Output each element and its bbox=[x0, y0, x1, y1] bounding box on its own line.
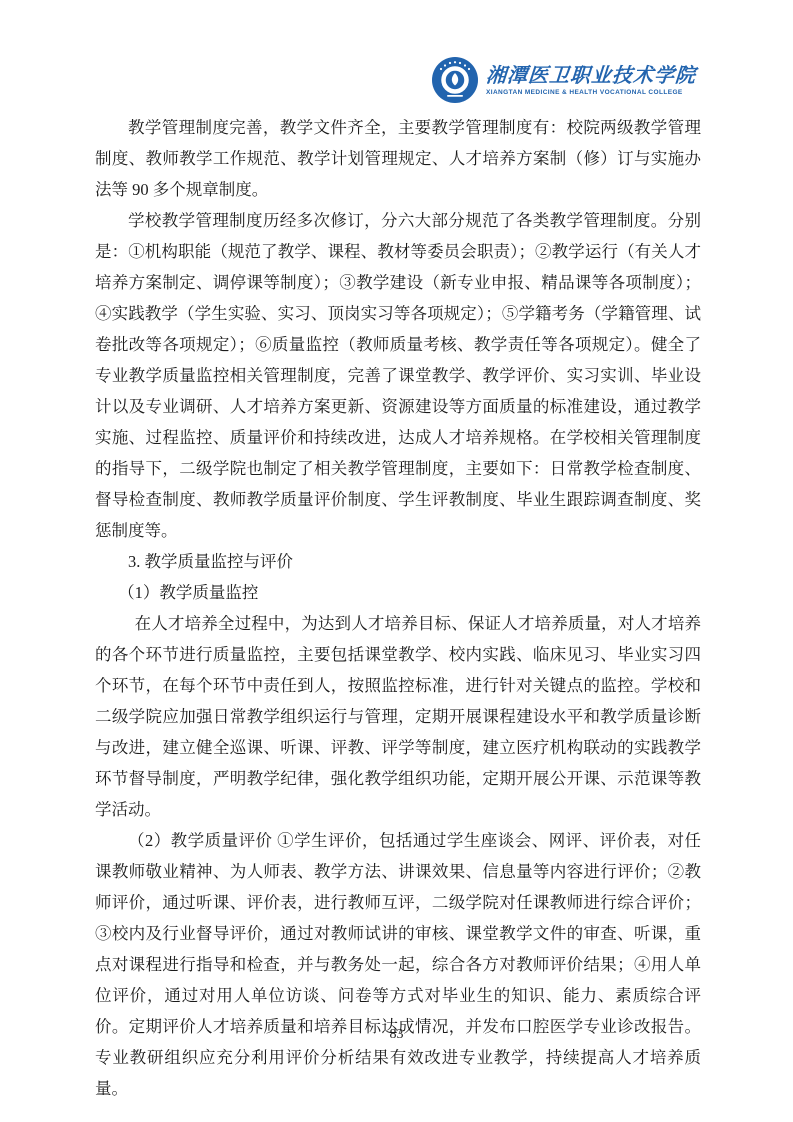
college-name-en: XIANGTAN MEDICINE & HEALTH VOCATIONAL CO… bbox=[486, 88, 696, 97]
subsection-heading-quality-monitoring: （1）教学质量监控 bbox=[95, 577, 701, 608]
section-heading-quality-monitoring: 3. 教学质量监控与评价 bbox=[95, 546, 701, 577]
page-number: 83 bbox=[0, 1026, 793, 1044]
document-body: 教学管理制度完善，教学文件齐全，主要教学管理制度有：校院两级教学管理制度、教师教… bbox=[95, 112, 701, 1104]
college-logo: 湘潭医卫职业技术学院 XIANGTAN MEDICINE & HEALTH VO… bbox=[431, 56, 696, 104]
paragraph-quality-evaluation: （2）教学质量评价 ①学生评价，包括通过学生座谈会、网评、评价表，对任课教师敬业… bbox=[95, 825, 701, 1104]
college-name-block: 湘潭医卫职业技术学院 XIANGTAN MEDICINE & HEALTH VO… bbox=[486, 64, 696, 97]
paragraph-quality-monitoring-process: 在人才培养全过程中，为达到人才培养目标、保证人才培养质量，对人才培养的各个环节进… bbox=[95, 608, 701, 825]
college-seal-icon bbox=[431, 56, 479, 104]
paragraph-six-part-regulations: 学校教学管理制度历经多次修订，分六大部分规范了各类教学管理制度。分别是：①机构职… bbox=[95, 205, 701, 546]
college-name-zh: 湘潭医卫职业技术学院 bbox=[485, 64, 697, 88]
paragraph-teaching-management-systems: 教学管理制度完善，教学文件齐全，主要教学管理制度有：校院两级教学管理制度、教师教… bbox=[95, 112, 701, 205]
document-page: 湘潭医卫职业技术学院 XIANGTAN MEDICINE & HEALTH VO… bbox=[0, 0, 793, 1122]
